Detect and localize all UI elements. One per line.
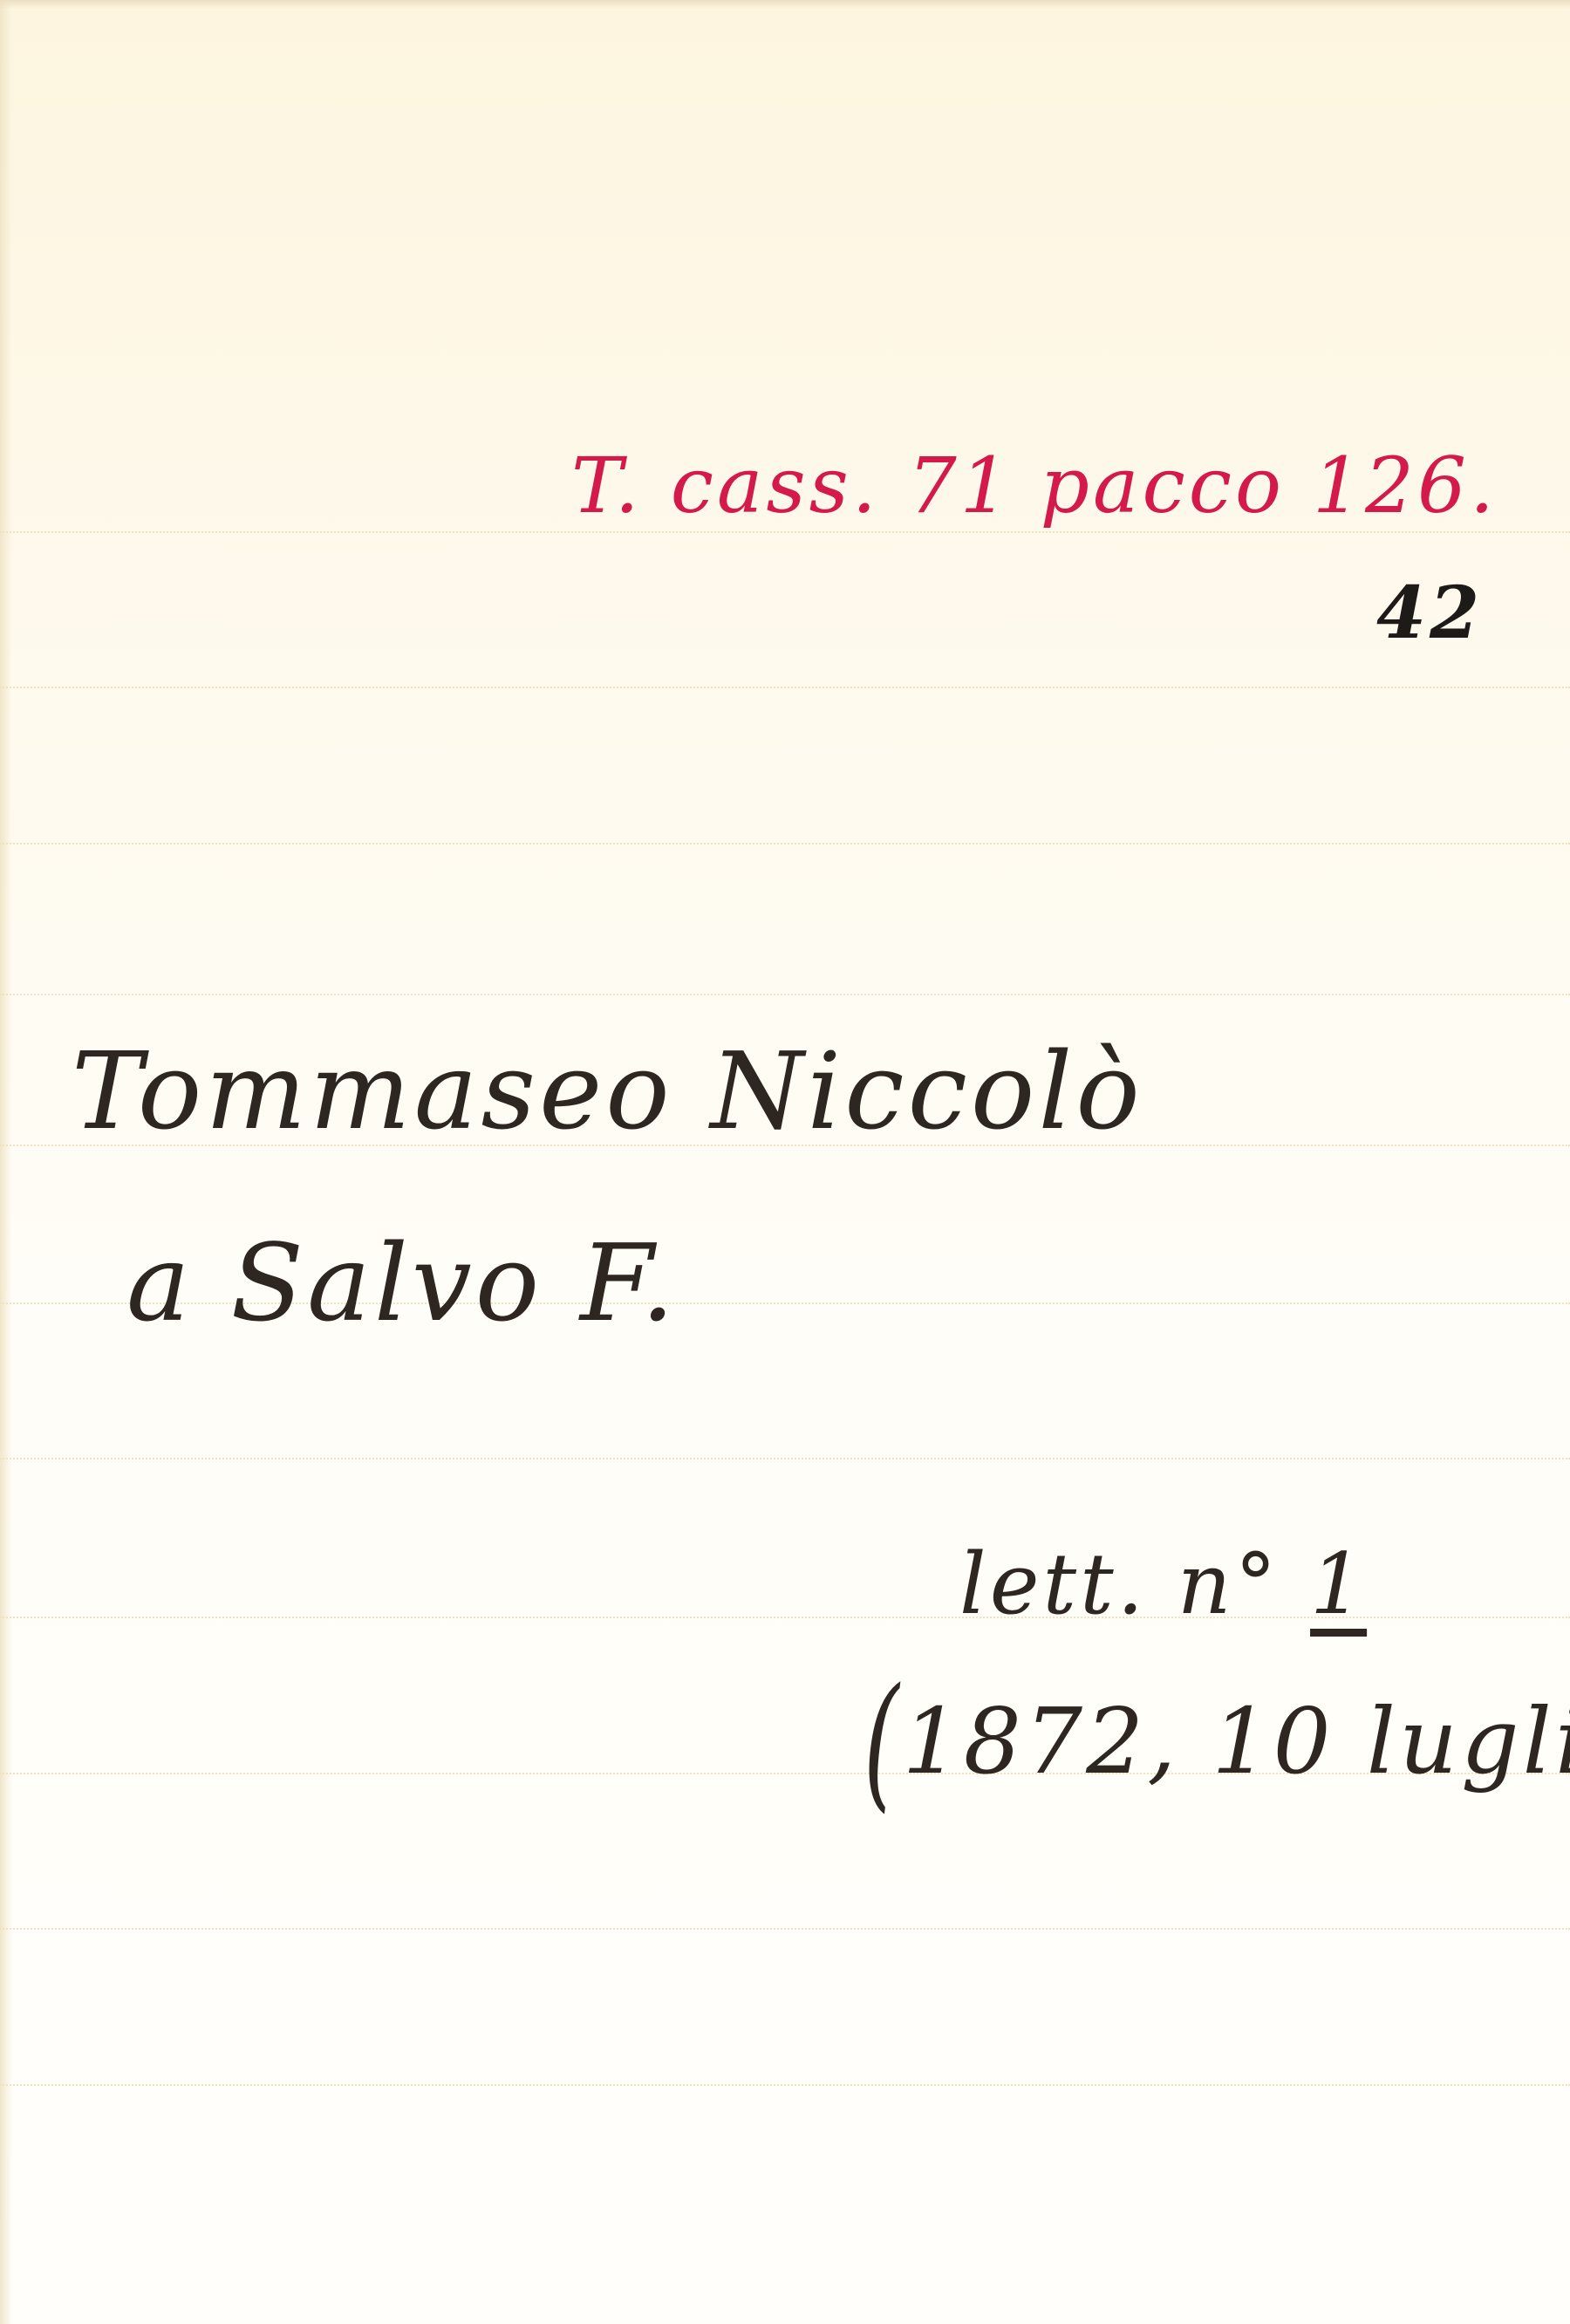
ruled-line (0, 1458, 1570, 1459)
letter-number-value: 1 (1310, 1535, 1367, 1633)
ruled-line (0, 843, 1570, 844)
open-parenthesis: ( (863, 1656, 903, 1826)
letter-number: lett. n° 1 (959, 1535, 1367, 1633)
letter-label: lett. n° (959, 1535, 1280, 1633)
index-card: T. cass. 71 pacco 126. 42 Tommaseo Nicco… (0, 0, 1570, 2324)
correspondent-recipient: a Salvo F. (126, 1221, 678, 1345)
ruled-line (0, 1928, 1570, 1930)
ruled-line (0, 531, 1570, 533)
correspondent-sender: Tommaseo Niccolò (72, 1029, 1143, 1153)
ruled-line (0, 687, 1570, 688)
letter-date: (1872, 10 luglio) (863, 1688, 1570, 1794)
date-text: 1872, 10 luglio (903, 1688, 1570, 1794)
ruled-line (0, 2084, 1570, 2086)
item-number: 42 (1376, 571, 1483, 655)
collocation-reference: T. cass. 71 pacco 126. (571, 441, 1498, 530)
ruled-line (0, 994, 1570, 995)
